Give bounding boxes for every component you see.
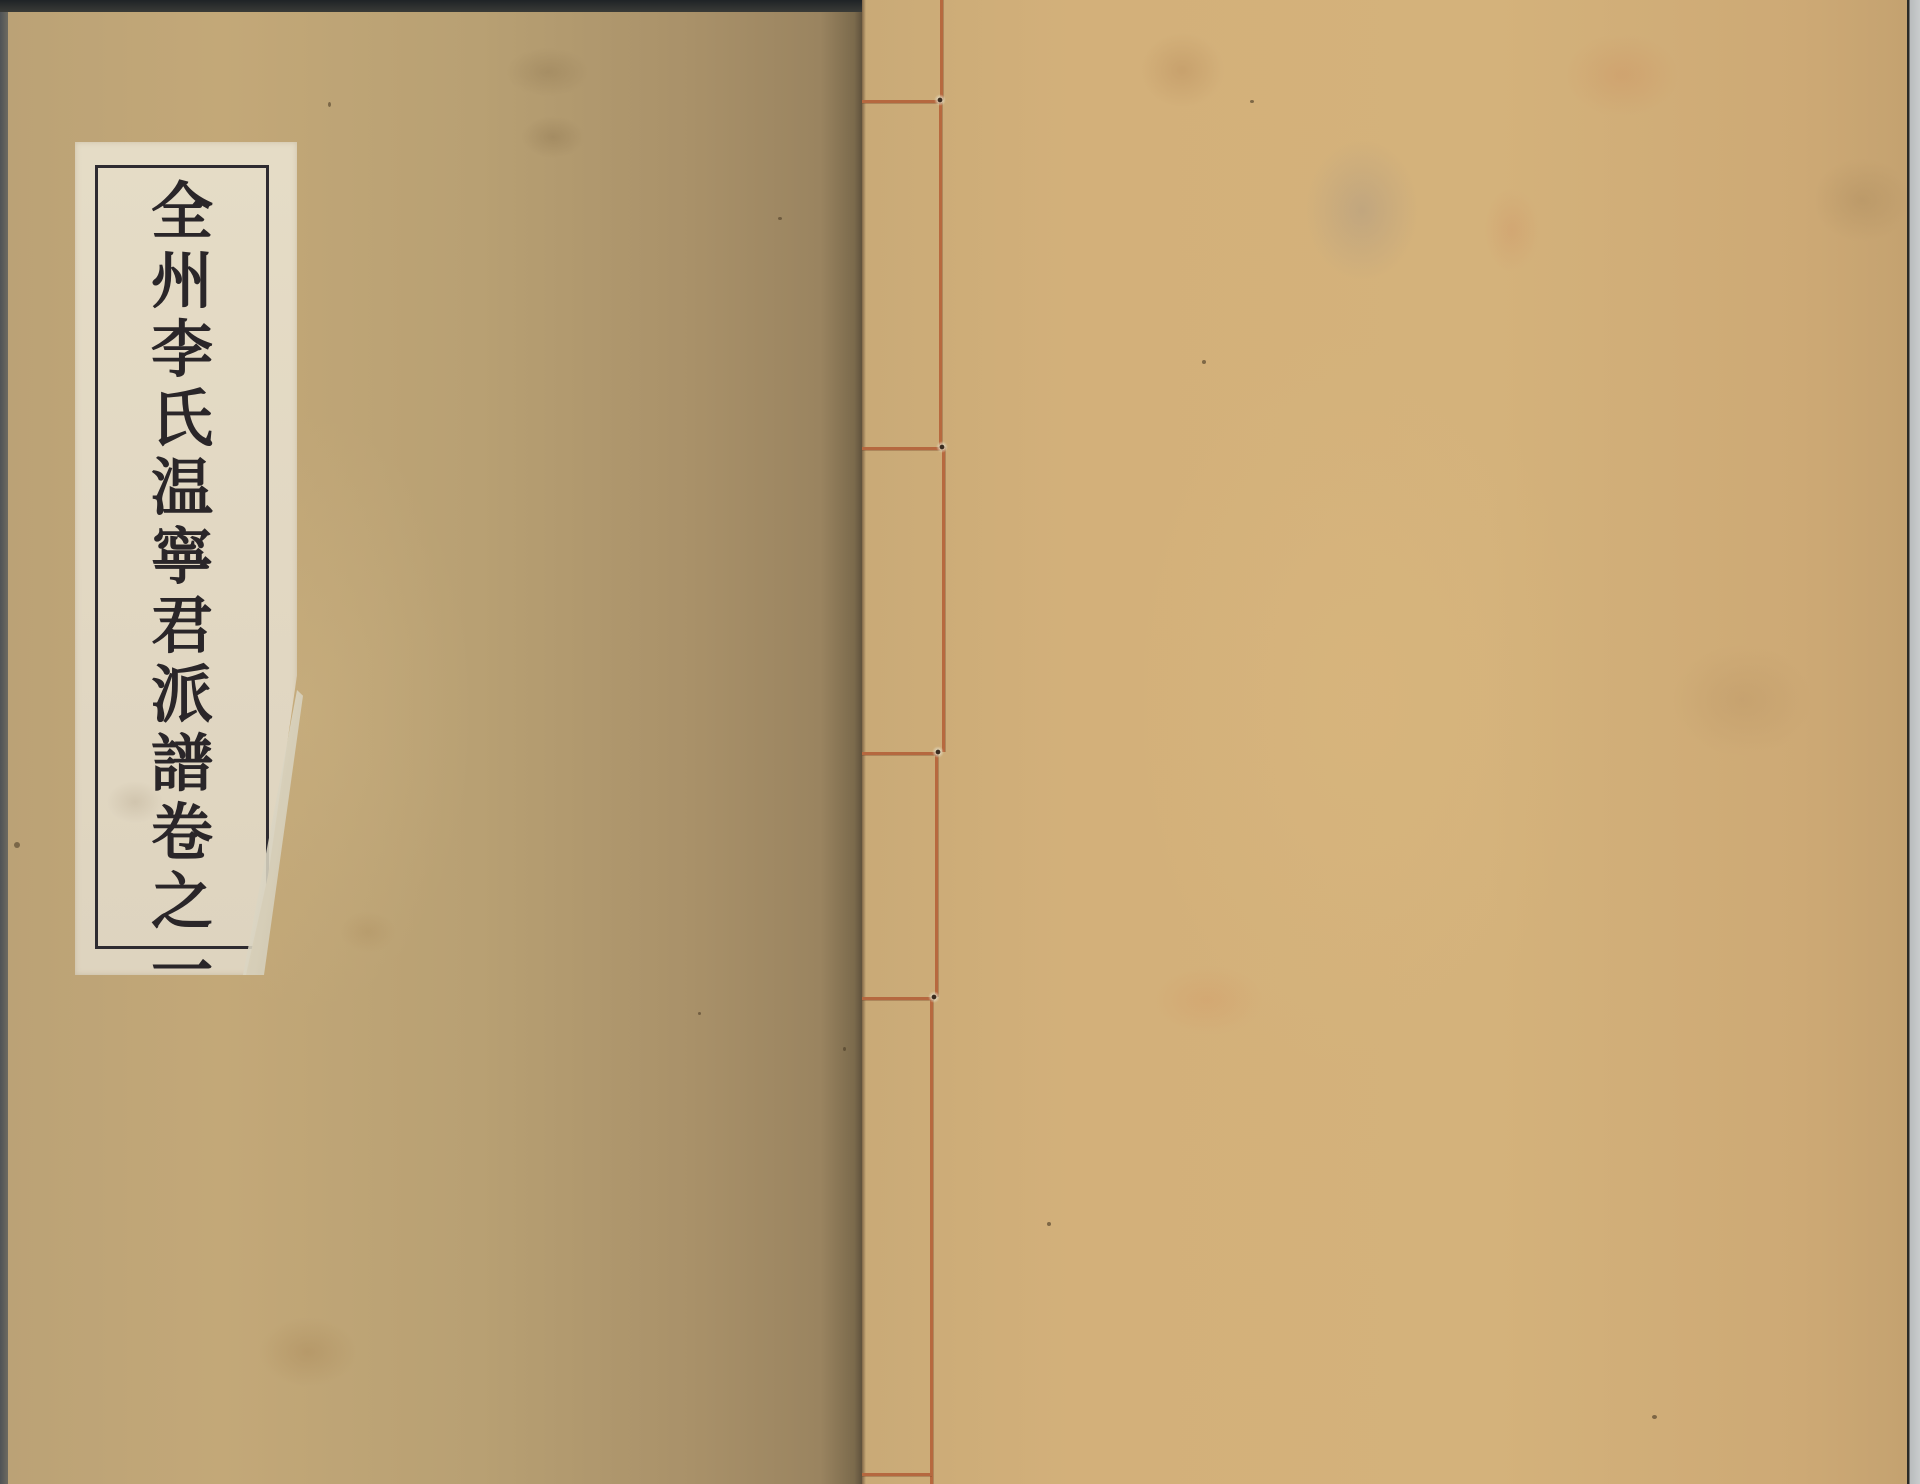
title-char: 全 — [151, 177, 213, 246]
paper-speck — [698, 1012, 701, 1015]
paper-speck — [778, 217, 782, 220]
title-char: 之 — [151, 867, 213, 936]
title-char: 卷 — [151, 798, 213, 867]
paper-speck — [1250, 100, 1254, 103]
title-char: 温 — [151, 453, 213, 522]
binding-thread-vertical — [930, 997, 933, 1484]
title-char: 譜 — [151, 729, 213, 798]
stitch-hole — [928, 991, 940, 1003]
binding-thread-vertical — [935, 752, 938, 997]
binding-thread-vertical — [940, 0, 943, 100]
scanner-edge-top — [0, 0, 866, 12]
title-char: 君 — [151, 591, 213, 660]
paper-speck — [1652, 1415, 1657, 1419]
binding-stitch — [862, 447, 944, 450]
title-char: 派 — [151, 660, 213, 729]
title-char: 李 — [151, 315, 213, 384]
paper-speck — [328, 102, 331, 107]
stitch-hole — [934, 94, 946, 106]
right-book-cover — [862, 0, 1907, 1484]
paper-speck — [1202, 360, 1206, 364]
stitch-hole — [936, 441, 948, 453]
binding-stitch — [862, 997, 934, 1000]
title-label: 全 州 李 氏 温 寧 君 派 譜 卷 之 一 — [75, 142, 297, 975]
paper-speck — [14, 842, 20, 848]
scanner-edge-left — [0, 0, 8, 1484]
binding-thread-vertical — [939, 100, 942, 447]
binding-stitch — [862, 1473, 932, 1476]
scanner-edge-right — [1907, 0, 1920, 1484]
binding-thread-vertical — [942, 447, 945, 752]
title-char: 氏 — [151, 384, 213, 453]
binding-stitch — [862, 752, 938, 755]
book-scan: 全 州 李 氏 温 寧 君 派 譜 卷 之 一 — [0, 0, 1920, 1484]
spine-shadow — [862, 0, 866, 1484]
title-char: 州 — [151, 246, 213, 315]
title-text: 全 州 李 氏 温 寧 君 派 譜 卷 之 一 — [95, 165, 269, 949]
binding-stitch — [862, 100, 942, 103]
stitch-hole — [932, 746, 944, 758]
paper-speck — [1047, 1222, 1051, 1226]
title-char: 寧 — [151, 522, 213, 591]
paper-speck — [843, 1047, 846, 1051]
